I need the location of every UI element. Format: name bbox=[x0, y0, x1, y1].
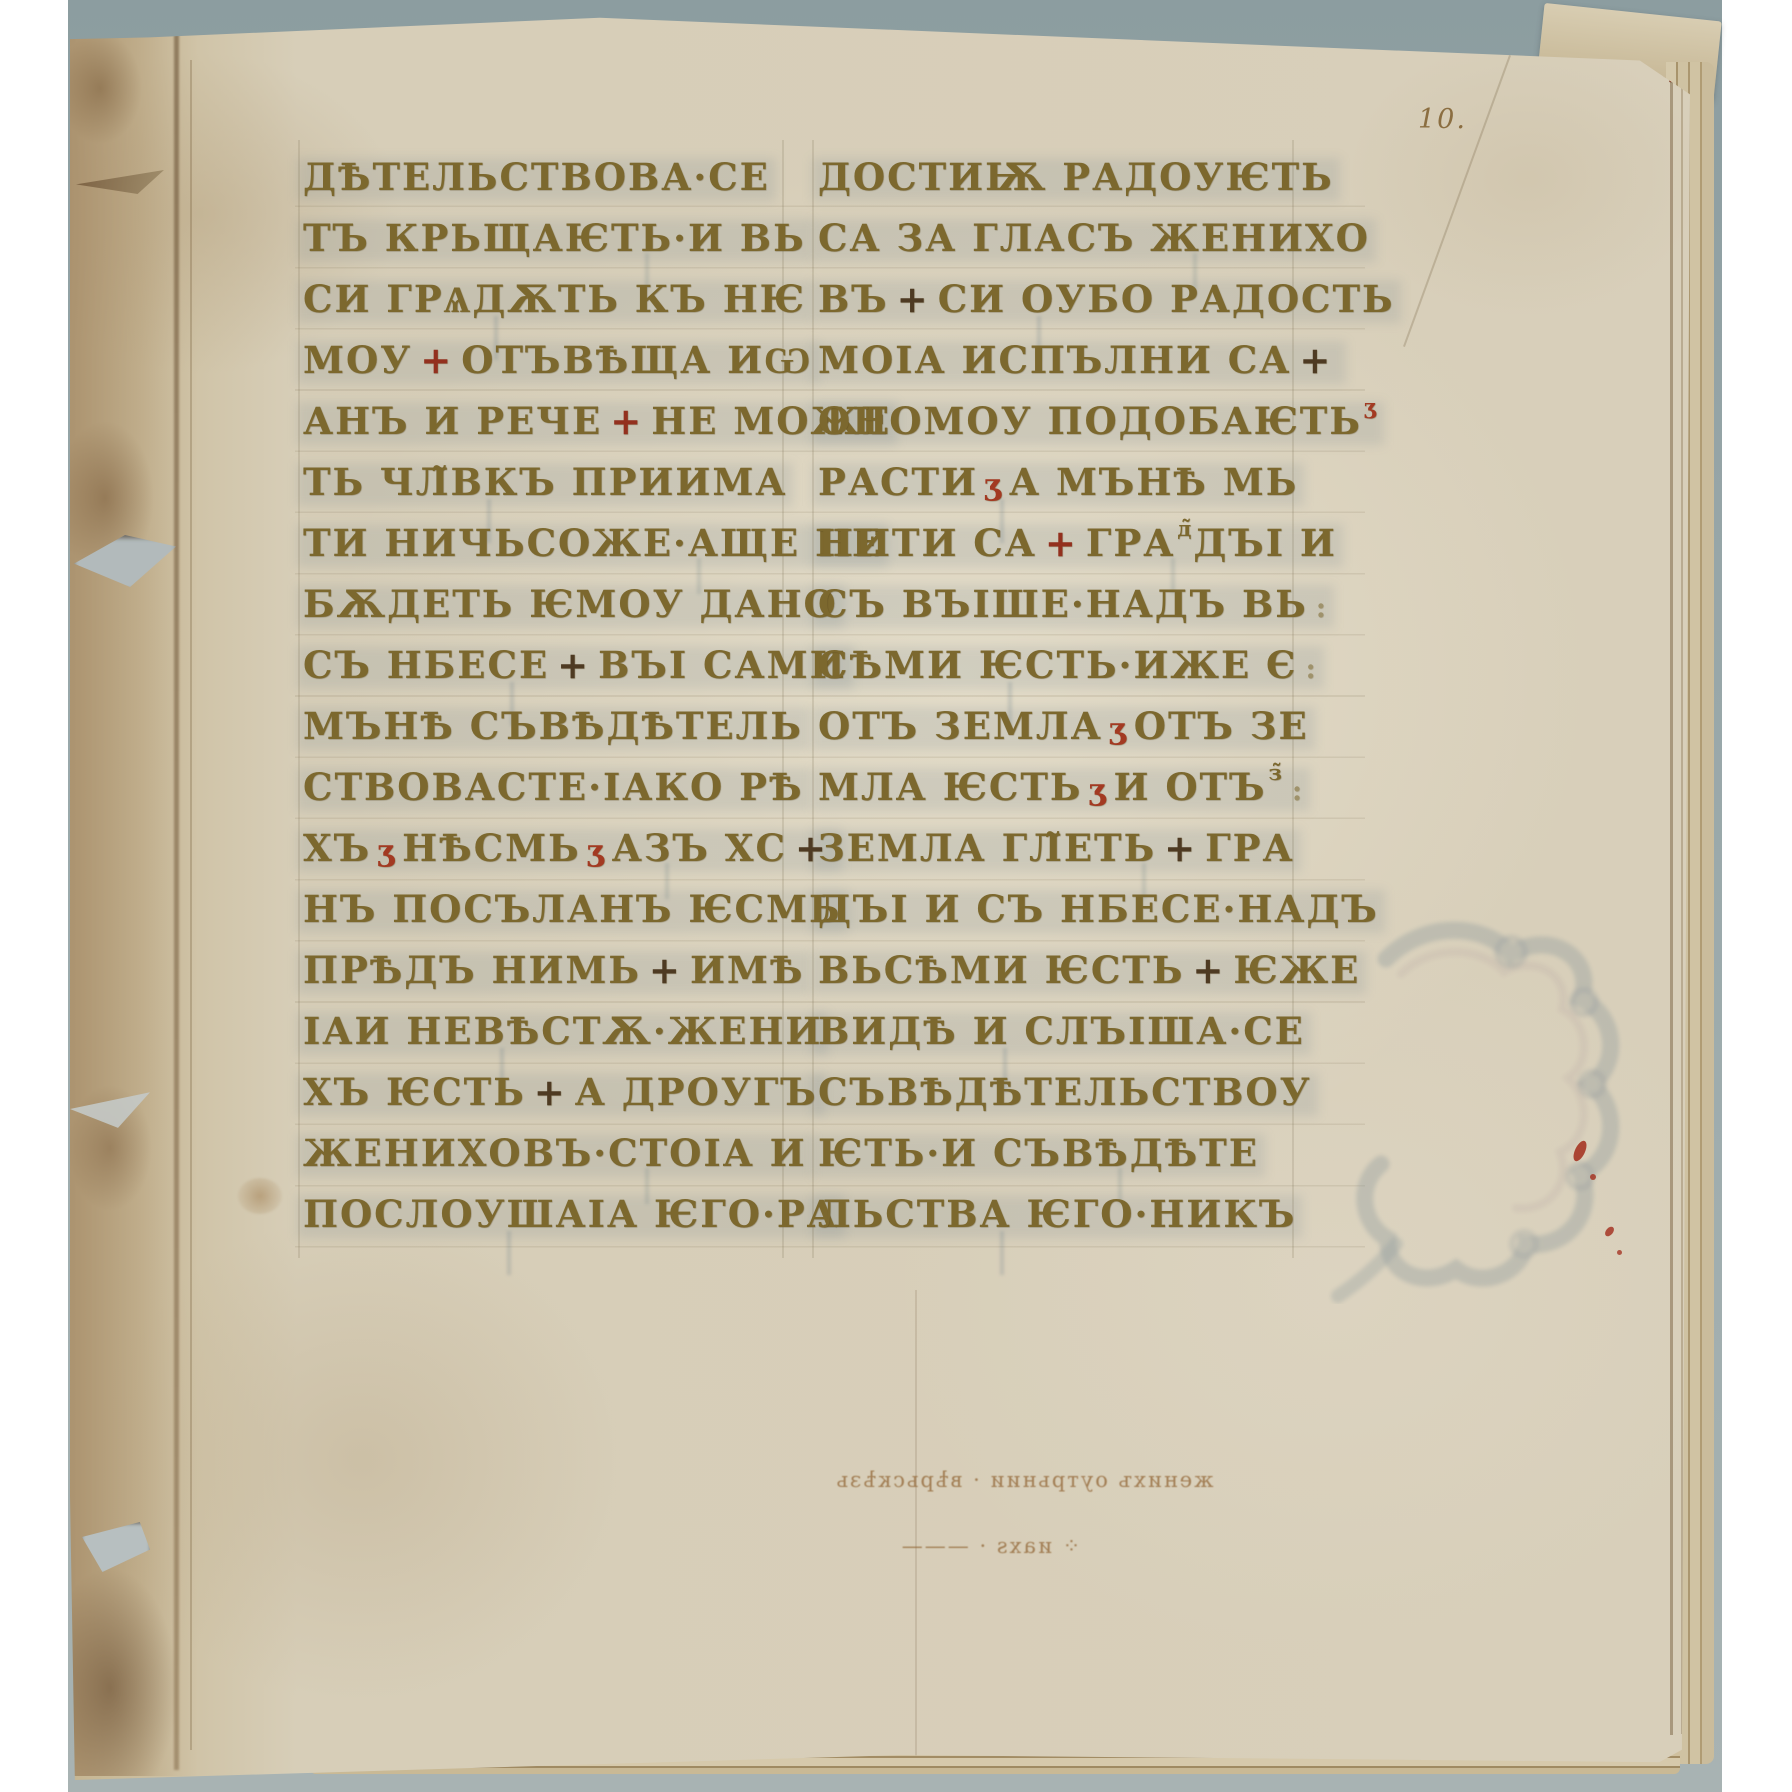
text-line: СА ЗА ГЛАСЪ ЖЕНИХО bbox=[818, 209, 1370, 270]
text-segment: СИ ОУБО РАДОСТЬ bbox=[938, 277, 1395, 321]
text-segment: РАСТИ bbox=[818, 460, 978, 504]
text-segment: СТВОВАСТЕ·ІАКО РѢ bbox=[303, 765, 804, 809]
cross-mark: + bbox=[526, 1070, 575, 1114]
text-segment: МЛА ѤСТЬ bbox=[818, 765, 1082, 809]
text-line: АНЪ И РЕЧЕ+НЕ МОЖЕ bbox=[303, 392, 891, 453]
ornament-showthrough bbox=[1326, 914, 1656, 1304]
text-segment: НЪ ПОСЪЛАНЪ ѤСМЬ bbox=[303, 887, 842, 931]
text-line: СѢМИ ѤСТЬ·ИЖЕ Є: bbox=[818, 636, 1318, 697]
text-line: НЪ ПОСЪЛАНЪ ѤСМЬ bbox=[303, 880, 842, 941]
text-segment: ПРѢДЪ НИМЬ bbox=[303, 948, 641, 992]
text-line: ІАИ НЕВѢСТѪ·ЖЕНИ bbox=[303, 1002, 822, 1063]
text-line: ДѢТЕЛЬСТВОВА·СЕ bbox=[303, 148, 770, 209]
text-segment: СЪ ВЪІШЕ·НАДЪ ВЬ bbox=[818, 582, 1308, 626]
text-segment: ГРА bbox=[1205, 826, 1295, 870]
text-line: ДЪІ И СЪ НБЕСЕ·НАДЪ bbox=[818, 880, 1379, 941]
text-segment: БѪДЕТЬ ѤМОУ ДАНО bbox=[303, 582, 838, 626]
cross-mark: + bbox=[889, 277, 938, 321]
text-segment: МОУ bbox=[303, 338, 412, 382]
text-line: ВЪ+СИ ОУБО РАДОСТЬ bbox=[818, 270, 1395, 331]
cross-mark: + bbox=[1037, 521, 1086, 565]
text-segment: ДЪІ И bbox=[1193, 521, 1336, 565]
text-column-left: ДѢТЕЛЬСТВОВА·СЕТЪ КРЬЩАѤТЬ·И ВЬСИ ГРѦДѪТ… bbox=[303, 148, 891, 1246]
text-line: ЖЕНИХОВЪ·СТОІА И bbox=[303, 1124, 807, 1185]
cross-mark: + bbox=[1291, 338, 1340, 382]
cross-mark: + bbox=[549, 643, 598, 687]
red-ink-splotch bbox=[1590, 1174, 1596, 1180]
text-segment: ВЪ bbox=[818, 277, 889, 321]
text-segment: СЪВѢДѢТЕЛЬСТВОУ bbox=[818, 1070, 1312, 1114]
text-segment: А МЪНѢ МЬ bbox=[1009, 460, 1298, 504]
text-segment: ТЬ ЧЛ̃ВКЪ ПРИИМА bbox=[303, 460, 787, 504]
rubric-mark: ӡ bbox=[978, 468, 1009, 503]
text-line: ТИ НИЧЬСОЖЕ·АЩЕ НЕ bbox=[303, 514, 882, 575]
text-segment: : bbox=[1297, 652, 1317, 685]
text-segment: ДЪІ И СЪ НБЕСЕ·НАДЪ bbox=[818, 887, 1379, 931]
vertical-ruling bbox=[298, 140, 300, 1258]
text-line: МЛА ѤСТЬӡИ ОТЪз̃: bbox=[818, 758, 1304, 819]
text-line: МОУ+ОТЪВѢЩА ИѠ bbox=[303, 331, 812, 392]
text-segment: : bbox=[1284, 774, 1304, 807]
text-segment: ОТЪ ЗЕМЛА bbox=[818, 704, 1103, 748]
text-line: ПОСЛОУШАІА ѤГО·РА bbox=[303, 1185, 839, 1246]
binding-crease-line-2 bbox=[190, 60, 192, 1750]
rubric-mark: ӡ bbox=[1082, 773, 1113, 808]
text-segment: ПОСЛОУШАІА ѤГО·РА bbox=[303, 1192, 839, 1236]
text-segment: ХЪ bbox=[303, 826, 371, 870]
text-segment: ВЪІ САМИ bbox=[598, 643, 846, 687]
cross-mark: + bbox=[412, 338, 461, 382]
stain-blot bbox=[238, 1178, 282, 1214]
cross-mark: + bbox=[602, 399, 651, 443]
rubric-mark: ӡ bbox=[581, 834, 612, 869]
text-line: СЪ ВЪІШЕ·НАДЪ ВЬ: bbox=[818, 575, 1328, 636]
text-segment: СЪ НБЕСЕ bbox=[303, 643, 549, 687]
text-line: ОНОМОУ ПОДОБАѤТЬӡ bbox=[818, 392, 1378, 453]
text-segment: ХЪ ѤСТЬ bbox=[303, 1070, 526, 1114]
text-segment: ОТЪВѢЩА ИѠ bbox=[461, 338, 812, 382]
text-segment: НИТИ СА bbox=[818, 521, 1037, 565]
text-line: ХЪ ѤСТЬ+А ДРОУГЪ bbox=[303, 1063, 818, 1124]
text-line: БѪДЕТЬ ѤМОУ ДАНО bbox=[303, 575, 838, 636]
text-segment: СѢМИ ѤСТЬ·ИЖЕ Є bbox=[818, 643, 1297, 687]
binding-crease-line bbox=[174, 30, 179, 1770]
text-segment: ОНОМОУ ПОДОБАѤТЬ bbox=[818, 399, 1362, 443]
rubric-mark: ӡ bbox=[371, 834, 402, 869]
text-line: ХЪӡНѢСМЬӡАЗЪ ХС+ bbox=[303, 819, 836, 880]
text-line: ДОСТИѬ РАДОУѤТЬ bbox=[818, 148, 1334, 209]
text-line: ПРѢДЪ НИМЬ+ИМѢ bbox=[303, 941, 804, 1002]
text-segment: ВЬСѢМИ ѤСТЬ bbox=[818, 948, 1184, 992]
text-line: СЪ НБЕСЕ+ВЪІ САМИ bbox=[303, 636, 847, 697]
text-line: ТЪ КРЬЩАѤТЬ·И ВЬ bbox=[303, 209, 806, 270]
text-line: ѤТЬ·И СЪВѢДѢТЕ bbox=[818, 1124, 1259, 1185]
text-line: РАСТИӡА МЪНѢ МЬ bbox=[818, 453, 1298, 514]
text-segment: И ОТЪ bbox=[1113, 765, 1266, 809]
text-line: СТВОВАСТЕ·ІАКО РѢ bbox=[303, 758, 804, 819]
parchment-page: 10. 4 ДѢТЕЛЬСТВОВА·СЕТЪ КРЬЩАѤТЬ·И ВЬСИ … bbox=[70, 0, 1690, 1780]
marginal-showthrough-note-line1: женихъ оутрьнии · вѣрьскѣзь bbox=[832, 1468, 1216, 1492]
text-line: ВИДѢ И СЛЪІША·СЕ bbox=[818, 1002, 1305, 1063]
text-segment: АНЪ И РЕЧЕ bbox=[303, 399, 602, 443]
text-segment: д̃ bbox=[1175, 516, 1193, 541]
text-segment: НѢСМЬ bbox=[402, 826, 580, 870]
text-segment: ОТЪ ЗЕ bbox=[1134, 704, 1309, 748]
text-segment: ІАИ НЕВѢСТѪ·ЖЕНИ bbox=[303, 1009, 822, 1053]
text-line: МОІА ИСПЪЛНИ СА+ bbox=[818, 331, 1340, 392]
cross-mark: + bbox=[1156, 826, 1205, 870]
text-segment: А ДРОУГЪ bbox=[575, 1070, 818, 1114]
text-line: НИТИ СА+ГРАд̃ДЪІ И bbox=[818, 514, 1337, 575]
rubric-mark: ӡ bbox=[1362, 394, 1378, 419]
page-edge-fold-line bbox=[1670, 80, 1673, 1735]
text-segment: ВИДѢ И СЛЪІША·СЕ bbox=[818, 1009, 1305, 1053]
cross-mark: + bbox=[1184, 948, 1233, 992]
text-segment: ѤТЬ·И СЪВѢДѢТЕ bbox=[818, 1131, 1259, 1175]
text-segment: : bbox=[1308, 591, 1328, 624]
page-number: 10. bbox=[1418, 104, 1467, 135]
text-segment: ТИ НИЧЬСОЖЕ·АЩЕ НЕ bbox=[303, 521, 882, 565]
text-segment: ТЪ КРЬЩАѤТЬ·И ВЬ bbox=[303, 216, 806, 260]
text-segment: ЛЬСТВА ѤГО·НИКЪ bbox=[818, 1192, 1296, 1236]
page-edge-fold-line-2 bbox=[1681, 86, 1683, 1734]
text-segment: ИМѢ bbox=[690, 948, 805, 992]
text-line: ОТЪ ЗЕМЛАӡОТЪ ЗЕ bbox=[818, 697, 1309, 758]
text-column-right: ДОСТИѬ РАДОУѤТЬСА ЗА ГЛАСЪ ЖЕНИХОВЪ+СИ О… bbox=[818, 148, 1395, 1246]
cross-mark: + bbox=[641, 948, 690, 992]
text-line: ВЬСѢМИ ѤСТЬ+ѤЖЕ bbox=[818, 941, 1360, 1002]
text-line: МЪНѢ СЪВѢДѢТЕЛЬ bbox=[303, 697, 803, 758]
text-segment: СИ ГРѦДѪТЬ КЪ НѤ bbox=[303, 277, 806, 321]
text-segment: ДѢТЕЛЬСТВОВА·СЕ bbox=[303, 155, 770, 199]
text-segment: АЗЪ ХС bbox=[612, 826, 787, 870]
text-segment: МЪНѢ СЪВѢДѢТЕЛЬ bbox=[303, 704, 803, 748]
text-segment: ГРА bbox=[1086, 521, 1176, 565]
crease-line-bottom bbox=[915, 1290, 917, 1756]
text-segment: ДОСТИѬ РАДОУѤТЬ bbox=[818, 155, 1334, 199]
text-line: ТЬ ЧЛ̃ВКЪ ПРИИМА bbox=[303, 453, 787, 514]
text-segment: МОІА ИСПЪЛНИ СА bbox=[818, 338, 1291, 382]
marginal-showthrough-note-line2: ⁘ иахѕ · ——— bbox=[865, 1534, 1115, 1558]
rubric-mark: ӡ bbox=[1103, 712, 1134, 747]
text-line: СИ ГРѦДѪТЬ КЪ НѤ bbox=[303, 270, 806, 331]
text-segment: ЗЕМЛА ГЛ̃ЕТЬ bbox=[818, 826, 1156, 870]
red-ink-splotch bbox=[1617, 1250, 1622, 1255]
text-segment: СА ЗА ГЛАСЪ ЖЕНИХО bbox=[818, 216, 1370, 260]
text-segment: ЖЕНИХОВЪ·СТОІА И bbox=[303, 1131, 807, 1175]
text-line: ЗЕМЛА ГЛ̃ЕТЬ+ГРА bbox=[818, 819, 1295, 880]
text-segment: з̃ bbox=[1266, 760, 1283, 785]
crease-line-top-right bbox=[1403, 55, 1511, 347]
text-line: СЪВѢДѢТЕЛЬСТВОУ bbox=[818, 1063, 1312, 1124]
text-line: ЛЬСТВА ѤГО·НИКЪ bbox=[818, 1185, 1296, 1246]
